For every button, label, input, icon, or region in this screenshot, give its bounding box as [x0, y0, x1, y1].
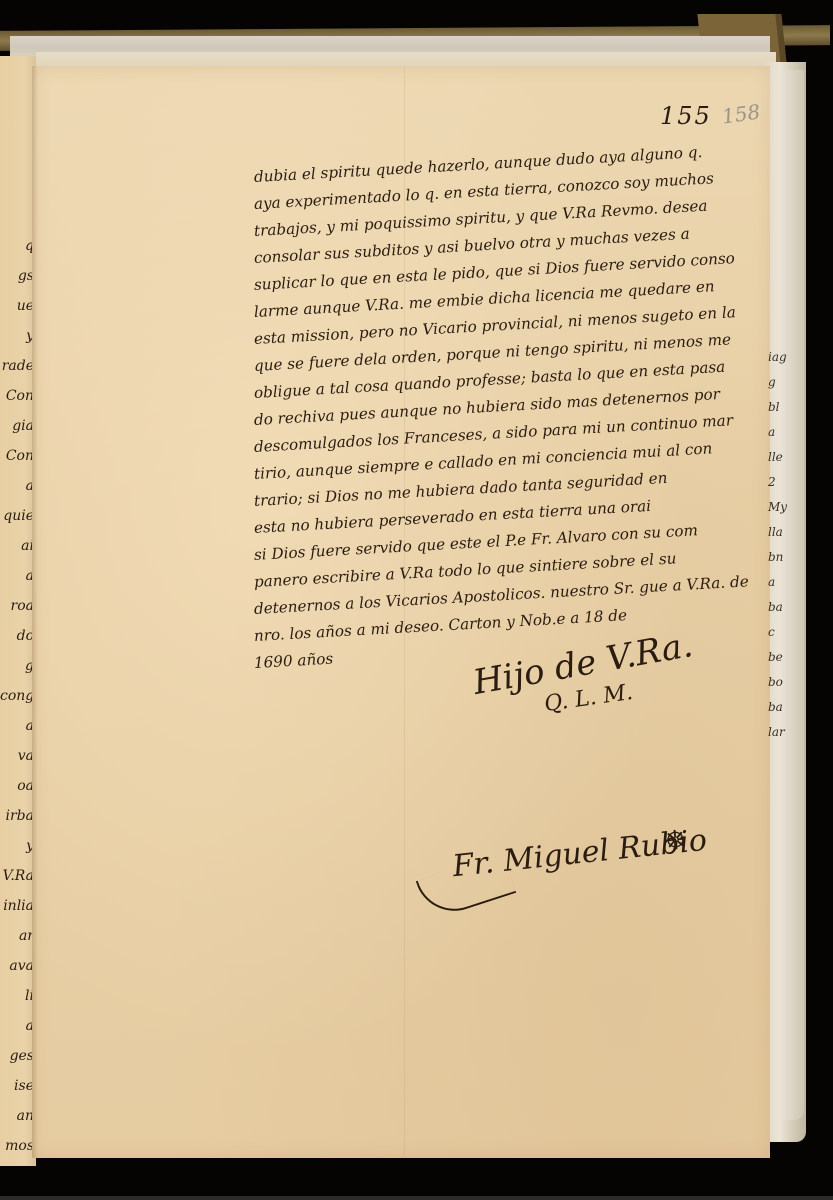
right-leaf-text: iag g bl a lle 2 My lla bn a ba c be bo …	[768, 345, 808, 745]
folio-number-pencil: 158	[721, 99, 762, 128]
scan-bottom-edge	[0, 1196, 833, 1200]
signature-rubric-icon: ☸	[662, 825, 688, 857]
facing-page-fragment: q gs ue y rade Con gia Con a quie ai a r…	[0, 56, 36, 1166]
folio-number: 155	[660, 102, 712, 130]
facing-page-text: q gs ue y rade Con gia Con a quie ai a r…	[0, 231, 34, 1161]
manuscript-page: 155 158 dubia el spiritu quede hazerlo, …	[32, 66, 770, 1158]
letter-body: dubia el spiritu quede hazerlo, aunque d…	[254, 164, 774, 677]
